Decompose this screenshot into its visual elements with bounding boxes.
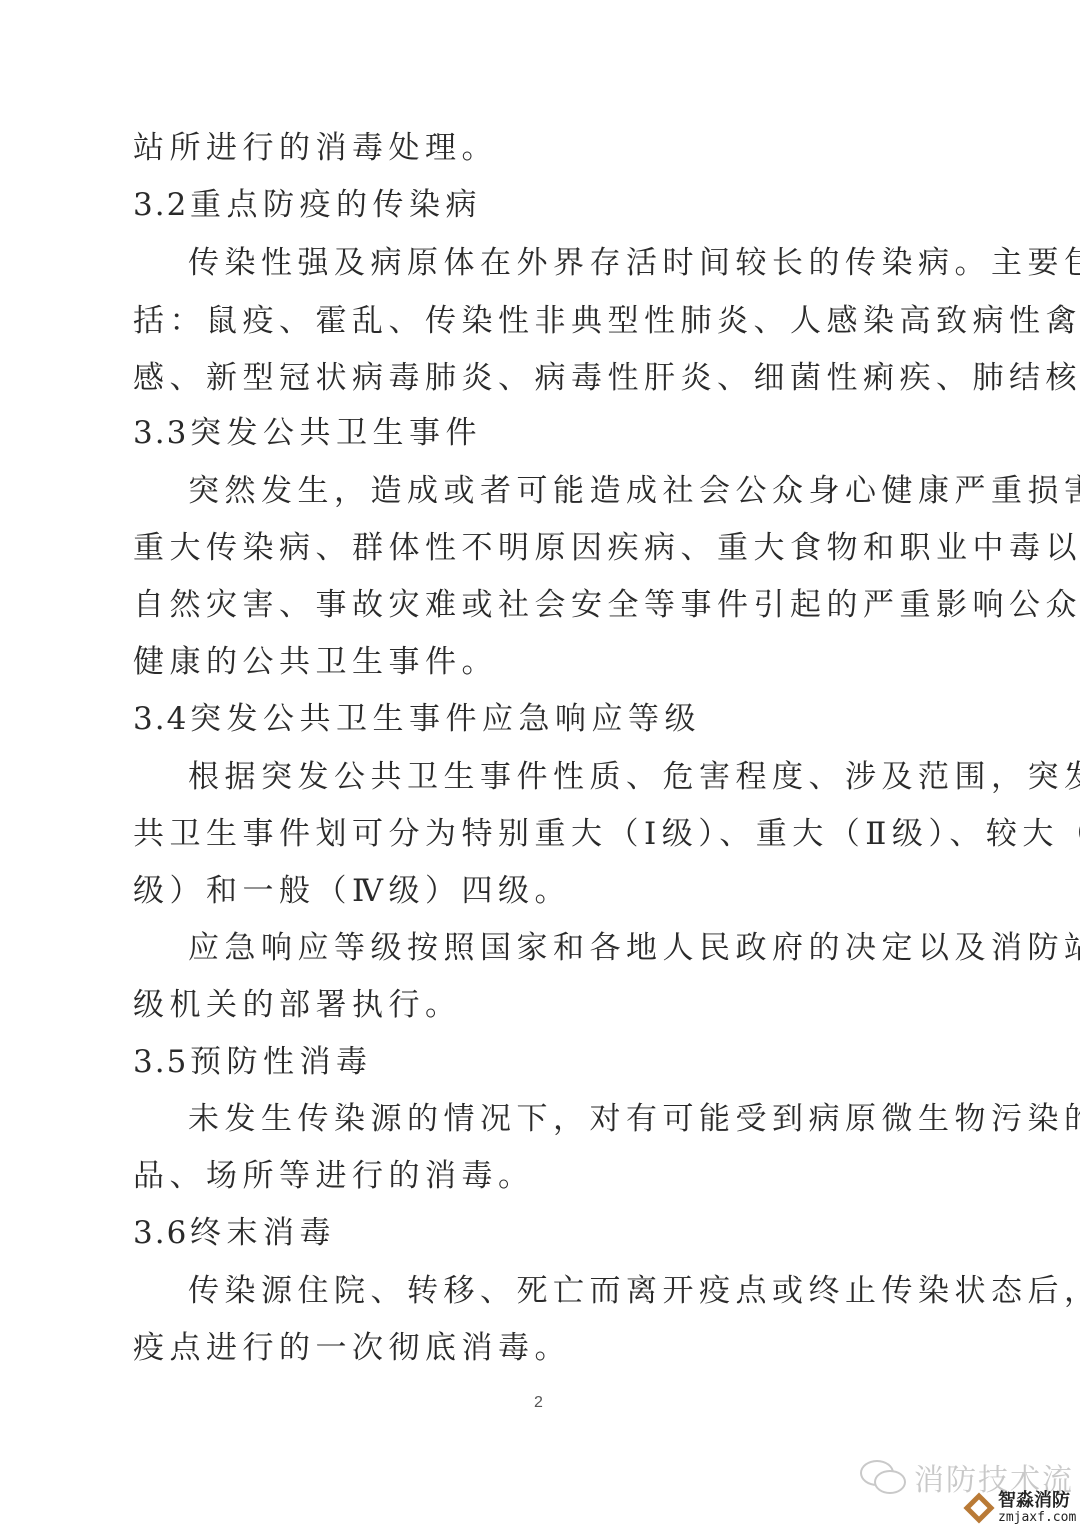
paragraph-line: 应急响应等级按照国家和各地人民政府的决定以及消防站上 [188,933,1080,964]
paragraph-line: 根据突发公共卫生事件性质、危害程度、涉及范围，突发公 [188,762,1080,793]
paragraph-line: 级机关的部署执行。 [133,990,462,1021]
section-title: 突发公共卫生事件应急响应等级 [190,701,701,737]
site-logo: 智淼消防 zmjaxf.com [968,1492,1076,1525]
paragraph-line: 级）和一般（Ⅳ级）四级。 [133,876,571,907]
paragraph-line: 括：鼠疫、霍乱、传染性非典型性肺炎、人感染高致病性禽流 [133,306,1080,337]
section-heading: 3.4突发公共卫生事件应急响应等级 [133,704,701,735]
section-heading: 3.6终末消毒 [133,1218,336,1249]
section-number: 3.5 [133,1047,190,1078]
paragraph-line: 品、场所等进行的消毒。 [133,1161,535,1192]
paragraph-line: 感、新型冠状病毒肺炎、病毒性肝炎、细菌性痢疾、肺结核等。 [133,363,1080,394]
section-number: 3.6 [133,1218,190,1249]
paragraph-line: 传染性强及病原体在外界存活时间较长的传染病。主要包 [188,248,1080,279]
section-title: 终末消毒 [190,1215,336,1251]
section-heading: 3.3突发公共卫生事件 [133,418,482,449]
logo-url: zmjaxf.com [998,1511,1076,1525]
paragraph-line: 突然发生，造成或者可能造成社会公众身心健康严重损害的 [188,476,1080,507]
paragraph-line: 未发生传染源的情况下，对有可能受到病原微生物污染的物 [188,1104,1080,1135]
paragraph-line: 健康的公共卫生事件。 [133,647,498,678]
paragraph-line: 共卫生事件划可分为特别重大（Ⅰ级）、重大（Ⅱ级）、较大（Ⅲ [133,819,1080,850]
paragraph-line: 重大传染病、群体性不明原因疾病、重大食物和职业中毒以及因 [133,533,1080,564]
section-number: 3.2 [133,190,190,221]
logo-icon [963,1493,994,1524]
section-number: 3.4 [133,704,190,735]
page-number: 2 [534,1394,543,1412]
wechat-icon [860,1460,906,1494]
section-heading: 3.2重点防疫的传染病 [133,190,482,221]
paragraph-line: 自然灾害、事故灾难或社会安全等事件引起的严重影响公众身心 [133,590,1080,621]
logo-name: 智淼消防 [998,1492,1076,1511]
section-title: 重点防疫的传染病 [190,187,482,223]
section-heading: 3.5预防性消毒 [133,1047,373,1078]
paragraph-line: 疫点进行的一次彻底消毒。 [133,1333,571,1364]
paragraph-line: 传染源住院、转移、死亡而离开疫点或终止传染状态后，对 [188,1276,1080,1307]
section-title: 突发公共卫生事件 [190,415,482,451]
section-number: 3.3 [133,418,190,449]
paragraph-line: 站所进行的消毒处理。 [133,133,498,164]
section-title: 预防性消毒 [190,1044,373,1080]
